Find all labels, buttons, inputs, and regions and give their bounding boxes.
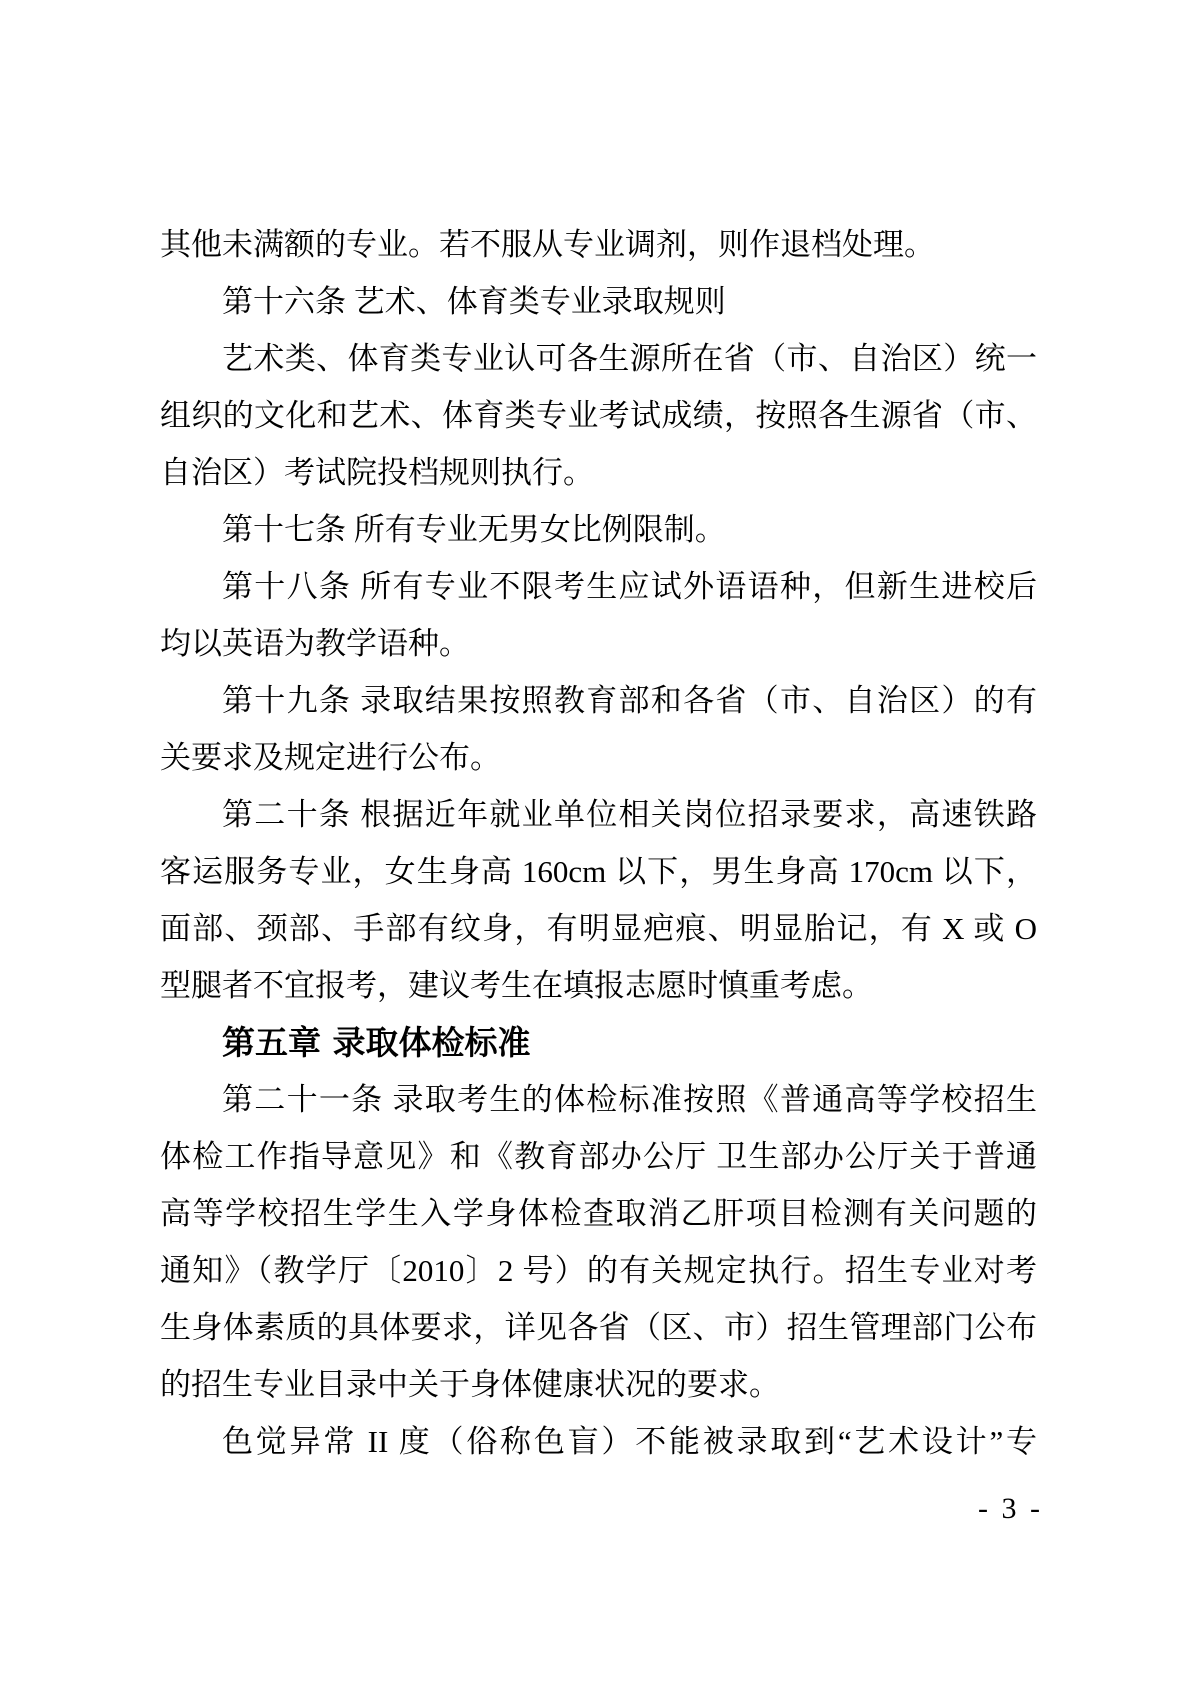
text-line: 组织的文化和艺术、体育类专业考试成绩，按照各生源省（市、	[160, 387, 1037, 444]
text-line: 其他未满额的专业。若不服从专业调剂，则作退档处理。	[160, 216, 1037, 273]
text-line: 体检工作指导意见》和《教育部办公厅 卫生部办公厅关于普通	[160, 1128, 1037, 1185]
text-line: 型腿者不宜报考，建议考生在填报志愿时慎重考虑。	[160, 957, 1037, 1014]
text-line: 高等学校招生学生入学身体检查取消乙肝项目检测有关问题的	[160, 1185, 1037, 1242]
text-line: 自治区）考试院投档规则执行。	[160, 444, 1037, 501]
document-page: 其他未满额的专业。若不服从专业调剂，则作退档处理。 第十六条 艺术、体育类专业录…	[0, 0, 1191, 1684]
text-line: 的招生专业目录中关于身体健康状况的要求。	[160, 1356, 1037, 1413]
article-17-line: 第十七条 所有专业无男女比例限制。	[160, 501, 1037, 558]
text-line: 面部、颈部、手部有纹身，有明显疤痕、明显胎记，有 X 或 O	[160, 900, 1037, 957]
article-16-title: 第十六条 艺术、体育类专业录取规则	[160, 273, 1037, 330]
text-line: 均以英语为教学语种。	[160, 615, 1037, 672]
page-number: - 3 -	[978, 1492, 1040, 1526]
article-20-line: 第二十条 根据近年就业单位相关岗位招录要求，高速铁路	[160, 786, 1037, 843]
text-line: 客运服务专业，女生身高 160cm 以下，男生身高 170cm 以下，	[160, 843, 1037, 900]
chapter-5-heading: 第五章 录取体检标准	[160, 1014, 1037, 1071]
document-body: 其他未满额的专业。若不服从专业调剂，则作退档处理。 第十六条 艺术、体育类专业录…	[160, 216, 1037, 1470]
text-line: 关要求及规定进行公布。	[160, 729, 1037, 786]
text-line: 生身体素质的具体要求，详见各省（区、市）招生管理部门公布	[160, 1299, 1037, 1356]
text-line: 色觉异常 II 度（俗称色盲）不能被录取到“艺术设计”专	[160, 1413, 1037, 1470]
article-18-line: 第十八条 所有专业不限考生应试外语语种，但新生进校后	[160, 558, 1037, 615]
article-19-line: 第十九条 录取结果按照教育部和各省（市、自治区）的有	[160, 672, 1037, 729]
text-line: 艺术类、体育类专业认可各生源所在省（市、自治区）统一	[160, 330, 1037, 387]
text-line: 通知》（教学厅〔2010〕2 号）的有关规定执行。招生专业对考	[160, 1242, 1037, 1299]
article-21-line: 第二十一条 录取考生的体检标准按照《普通高等学校招生	[160, 1071, 1037, 1128]
